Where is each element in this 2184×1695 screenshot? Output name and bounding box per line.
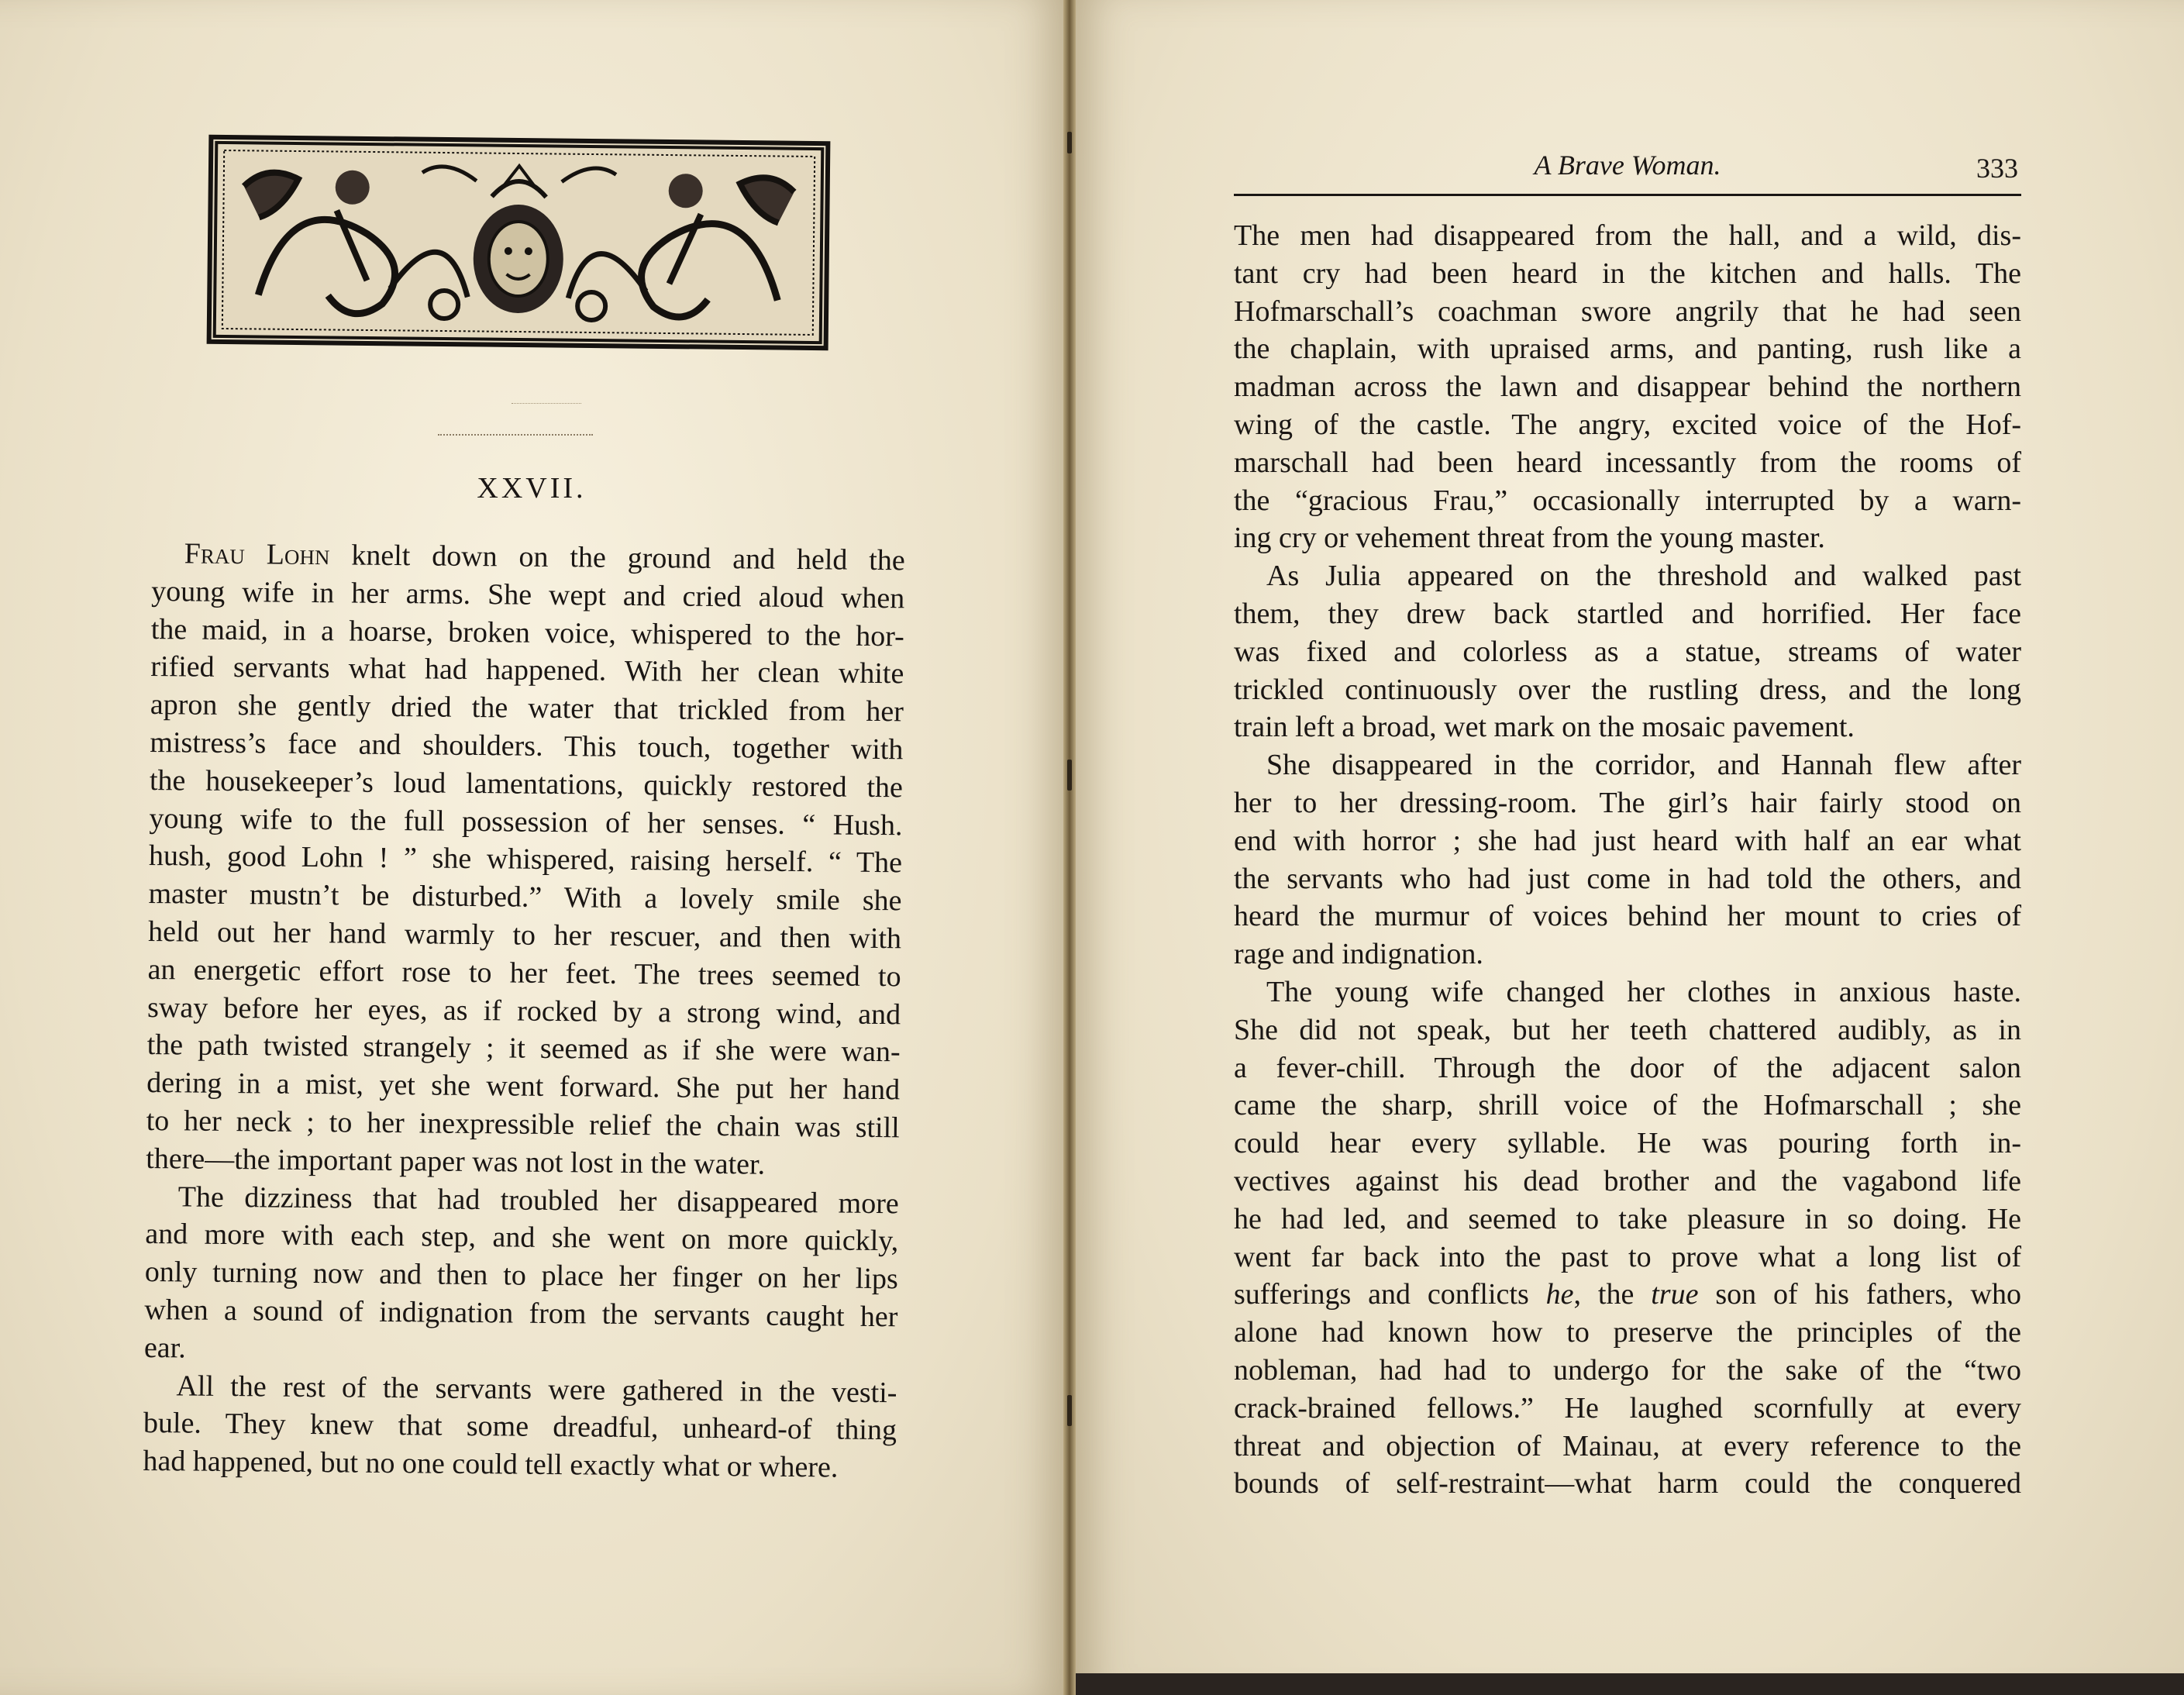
text-segment: The dizziness that had troubled her disa… [178,1180,899,1220]
text-segment: ear. [144,1332,186,1365]
right-page-body: The men had disappeared from the hall, a… [1234,217,2021,1503]
text-segment: came the sharp, shrill voice of the Hofm… [1234,1089,2021,1121]
text-line: alone had known how to preserve the prin… [1234,1314,2021,1352]
decorative-headpiece [207,135,831,350]
text-segment: the “gracious Frau,” occasionally interr… [1234,484,2021,517]
binding-thread [1067,1395,1072,1426]
text-segment: apron she gently dried the water that tr… [150,688,904,728]
left-page-body: Frau Lohn knelt down on the ground and h… [143,535,905,1487]
text-segment: young wife to the full possession of her… [149,802,902,842]
text-segment: ing cry or vehement threat from the youn… [1234,522,1825,554]
text-line: could hear every syllable. He was pourin… [1234,1125,2021,1163]
text-segment: sufferings and conflicts [1234,1278,1546,1311]
text-segment: hush, good Lohn ! ” she whispered, raisi… [149,839,902,879]
text-segment: he had led, and seemed to take pleasure … [1234,1203,2021,1235]
text-segment: sway before her eyes, as if rocked by a … [147,991,901,1031]
running-head-title: A Brave Woman. [1234,149,2021,181]
book-gutter [1063,0,1076,1695]
ornament-icon [212,140,826,346]
binding-thread [1067,132,1072,153]
text-line: heard the murmur of voices behind her mo… [1234,897,2021,935]
text-line: crack-brained fellows.” He laughed scorn… [1234,1390,2021,1428]
text-line: young wife in her arms. She wept and cri… [151,573,904,618]
text-segment: an energetic effort rose to her feet. Th… [147,953,901,993]
text-segment: The men had disappeared from the hall, a… [1234,219,2021,252]
text-segment: son of his fathers, who [1698,1278,2021,1311]
text-line: madman across the lawn and disappear beh… [1234,368,2021,406]
text-segment: the path twisted strangely ; it seemed a… [146,1028,900,1068]
styled-text: he [1546,1278,1574,1311]
page-number: 333 [1976,152,2018,184]
text-segment: when a sound of indignation from the ser… [144,1294,897,1333]
text-segment: Hofmarschall’s coachman swore angrily th… [1234,295,2021,328]
text-segment: master mustn’t be disturbed.” With a lov… [148,877,901,917]
text-segment: dering in a mist, yet she went forward. … [146,1066,900,1106]
text-line: held out her hand warmly to her rescuer,… [148,913,901,958]
book-cover-edge [1076,1673,2184,1695]
text-line: She did not speak, but her teeth chatter… [1234,1011,2021,1049]
header-rule [1234,194,2021,196]
text-line: was fixed and colorless as a statue, str… [1234,633,2021,671]
text-line: bounds of self-restraint—what harm could… [1234,1465,2021,1503]
text-segment: had happened, but no one could tell exac… [143,1445,838,1484]
text-segment: All the rest of the servants were gather… [176,1369,897,1409]
text-line: ing cry or vehement threat from the youn… [1234,519,2021,557]
text-line: marschall had been heard incessantly fro… [1234,444,2021,482]
text-segment: them, they drew back startled and horrif… [1234,598,2021,630]
text-segment: the chaplain, with upraised arms, and pa… [1234,332,2021,365]
text-line: a fever-chill. Through the door of the a… [1234,1049,2021,1087]
text-segment: and more with each step, and she went on… [145,1218,898,1257]
text-line: The men had disappeared from the hall, a… [1234,217,2021,255]
text-segment: The young wife changed her clothes in an… [1266,976,2021,1008]
binding-thread [1067,760,1072,791]
text-segment: was fixed and colorless as a statue, str… [1234,636,2021,668]
text-line: went far back into the past to prove wha… [1234,1239,2021,1276]
text-line: She disappeared in the corridor, and Han… [1234,746,2021,784]
text-line: rage and indignation. [1234,935,2021,973]
text-line: The young wife changed her clothes in an… [1234,973,2021,1011]
text-segment: rage and indignation. [1234,938,1483,970]
text-line: wing of the castle. The angry, excited v… [1234,406,2021,444]
text-segment: madman across the lawn and disappear beh… [1234,370,2021,403]
text-segment: the maid, in a hoarse, broken voice, whi… [151,613,904,653]
text-line: train left a broad, wet mark on the mosa… [1234,708,2021,746]
text-segment: to her neck ; to her inexpressible relie… [146,1104,900,1144]
text-segment: her to her dressing-room. The girl’s hai… [1234,787,2021,819]
text-segment: wing of the castle. The angry, excited v… [1234,408,2021,441]
text-segment: train left a broad, wet mark on the mosa… [1234,711,1855,743]
text-segment: the housekeeper’s loud lamentations, qui… [150,764,903,804]
text-segment: , the [1574,1278,1652,1311]
text-segment: end with horror ; she had just heard wit… [1234,825,2021,857]
text-line: tant cry had been heard in the kitchen a… [1234,255,2021,293]
text-line: sufferings and conflicts he, the true so… [1234,1276,2021,1314]
text-line: there—the important paper was not lost i… [146,1140,899,1185]
text-segment: knelt down on the ground and held the [329,539,905,577]
text-line: threat and objection of Mainau, at every… [1234,1428,2021,1466]
text-segment: bounds of self-restraint—what harm could… [1234,1467,2021,1500]
text-line: the servants who had just come in had to… [1234,860,2021,898]
text-line: Hofmarschall’s coachman swore angrily th… [1234,293,2021,331]
text-segment: crack-brained fellows.” He laughed scorn… [1234,1392,2021,1425]
running-head: A Brave Woman. 333 [1234,144,2021,191]
text-segment: marschall had been heard incessantly fro… [1234,446,2021,479]
text-line: nobleman, had had to undergo for the sak… [1234,1352,2021,1390]
ornamental-rule-top [512,403,581,406]
left-page: XXVII. Frau Lohn knelt down on the groun… [0,0,1063,1695]
text-line: an energetic effort rose to her feet. Th… [147,951,901,996]
text-segment: could hear every syllable. He was pourin… [1234,1127,2021,1159]
text-segment: bule. They knew that some dreadful, unhe… [143,1407,897,1446]
right-page: A Brave Woman. 333 The men had disappear… [1076,0,2184,1695]
text-segment: went far back into the past to prove wha… [1234,1241,2021,1273]
text-line: had happened, but no one could tell exac… [143,1442,896,1487]
text-segment: mistress’s face and shoulders. This touc… [150,726,903,766]
text-segment: the servants who had just come in had to… [1234,863,2021,895]
book-spread: XXVII. Frau Lohn knelt down on the groun… [0,0,2184,1695]
text-segment: As Julia appeared on the threshold and w… [1266,560,2021,592]
text-segment: tant cry had been heard in the kitchen a… [1234,257,2021,290]
text-segment: only turning now and then to place her f… [145,1256,898,1295]
ornamental-rule [438,434,593,438]
chapter-number: XXVII. [0,471,1063,505]
text-line: trickled continuously over the rustling … [1234,671,2021,709]
text-line: the “gracious Frau,” occasionally interr… [1234,482,2021,520]
text-line: vectives against his dead brother and th… [1234,1163,2021,1201]
text-line: came the sharp, shrill voice of the Hofm… [1234,1087,2021,1125]
text-segment: rified servants what had happened. With … [150,650,904,690]
text-segment: a fever-chill. Through the door of the a… [1234,1052,2021,1084]
styled-text: Frau Lohn [184,537,330,571]
text-line: he had led, and seemed to take pleasure … [1234,1201,2021,1239]
text-segment: young wife in her arms. She wept and cri… [151,575,904,615]
text-line: As Julia appeared on the threshold and w… [1234,557,2021,595]
text-segment: heard the murmur of voices behind her mo… [1234,900,2021,932]
text-segment: trickled continuously over the rustling … [1234,674,2021,706]
text-line: to her neck ; to her inexpressible relie… [146,1102,900,1147]
text-line: when a sound of indignation from the ser… [144,1291,897,1336]
text-segment: She did not speak, but her teeth chatter… [1234,1014,2021,1046]
text-line: end with horror ; she had just heard wit… [1234,822,2021,860]
text-line: her to her dressing-room. The girl’s hai… [1234,784,2021,822]
text-line: the housekeeper’s loud lamentations, qui… [150,762,903,807]
text-line: the chaplain, with upraised arms, and pa… [1234,330,2021,368]
styled-text: true [1651,1278,1698,1311]
text-segment: vectives against his dead brother and th… [1234,1165,2021,1197]
text-segment: alone had known how to preserve the prin… [1234,1316,2021,1349]
text-segment: She disappeared in the corridor, and Han… [1266,749,2021,781]
text-segment: there—the important paper was not lost i… [146,1142,765,1181]
text-segment: nobleman, had had to undergo for the sak… [1234,1354,2021,1387]
text-line: them, they drew back startled and horrif… [1234,595,2021,633]
text-segment: held out her hand warmly to her rescuer,… [148,915,901,955]
text-segment: threat and objection of Mainau, at every… [1234,1430,2021,1462]
